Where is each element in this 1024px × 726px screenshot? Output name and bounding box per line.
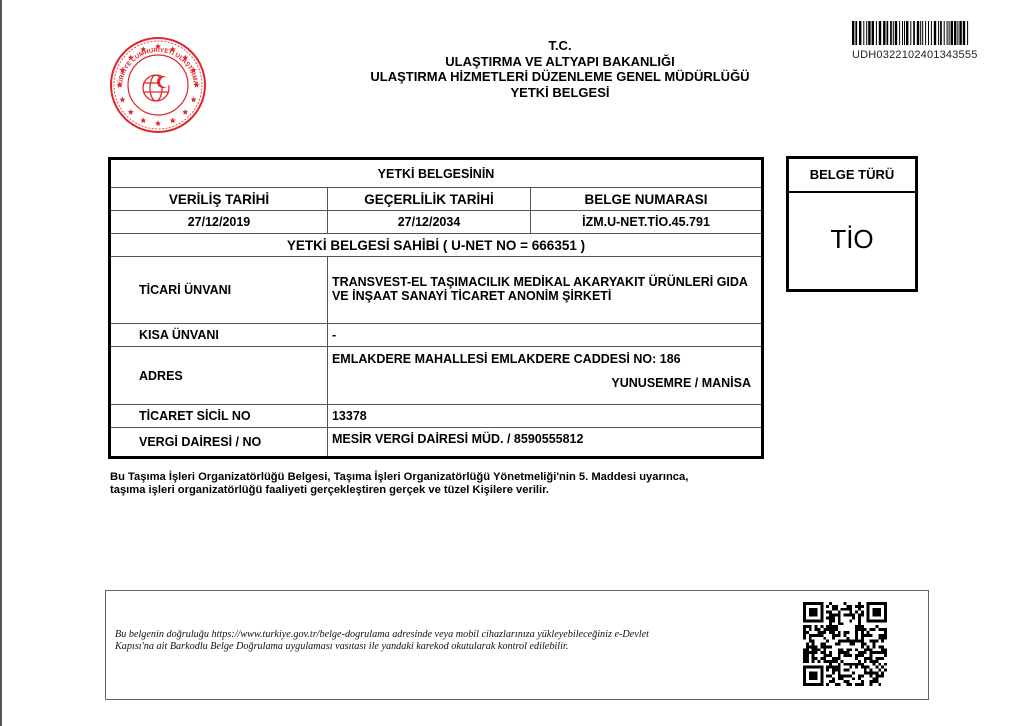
trade-name-label: TİCARİ ÜNVANI bbox=[110, 257, 328, 324]
table-row: TİCARİ ÜNVANI TRANSVEST-EL TAŞIMACILIK M… bbox=[110, 257, 763, 324]
verification-text: Bu belgenin doğruluğu https://www.turkiy… bbox=[115, 629, 735, 653]
tax-office-label: VERGİ DAİRESİ / NO bbox=[110, 428, 328, 458]
issue-date-value: 27/12/2019 bbox=[110, 211, 328, 234]
trade-name-line1: TRANSVEST-EL TAŞIMACILIK MEDİKAL AKARYAK… bbox=[332, 275, 761, 289]
tax-office-value: MESİR VERGİ DAİRESİ MÜD. / 8590555812 bbox=[327, 428, 762, 458]
header-doc-title: YETKİ BELGESİ bbox=[300, 85, 820, 101]
col-document-number: BELGE NUMARASI bbox=[531, 188, 763, 211]
address-label: ADRES bbox=[110, 347, 328, 405]
verification-line1: Bu belgenin doğruluğu https://www.turkiy… bbox=[115, 629, 735, 641]
legal-note-line2: taşıma işleri organizatörlüğü faaliyeti … bbox=[110, 484, 770, 497]
short-name-value: - bbox=[327, 324, 762, 347]
table-row: VERGİ DAİRESİ / NO MESİR VERGİ DAİRESİ M… bbox=[110, 428, 763, 458]
address-line1: EMLAKDERE MAHALLESİ EMLAKDERE CADDESİ NO… bbox=[332, 352, 761, 366]
col-validity-date: GEÇERLİLİK TARİHİ bbox=[327, 188, 530, 211]
header-directorate: ULAŞTIRMA HİZMETLERİ DÜZENLEME GENEL MÜD… bbox=[300, 69, 820, 85]
barcode: UDH0322102401343555 bbox=[852, 21, 997, 61]
col-issue-date: VERİLİŞ TARİHİ bbox=[110, 188, 328, 211]
table-row: KISA ÜNVANI - bbox=[110, 324, 763, 347]
page-edge bbox=[0, 0, 2, 726]
permit-details-table: YETKİ BELGESİNİN VERİLİŞ TARİHİ GEÇERLİL… bbox=[108, 157, 764, 459]
address-line2: YUNUSEMRE / MANİSA bbox=[332, 376, 761, 390]
header-tc: T.C. bbox=[300, 38, 820, 54]
qr-code[interactable] bbox=[803, 602, 887, 686]
table-title: YETKİ BELGESİNİN bbox=[110, 159, 763, 188]
legal-note: Bu Taşıma İşleri Organizatörlüğü Belgesi… bbox=[110, 471, 770, 497]
document-number-value: İZM.U-NET.TİO.45.791 bbox=[531, 211, 763, 234]
validity-date-value: 27/12/2034 bbox=[327, 211, 530, 234]
trade-registry-value: 13378 bbox=[327, 405, 762, 428]
trade-registry-label: TİCARET SİCİL NO bbox=[110, 405, 328, 428]
holder-heading: YETKİ BELGESİ SAHİBİ ( U-NET NO = 666351… bbox=[110, 234, 763, 257]
legal-note-line1: Bu Taşıma İşleri Organizatörlüğü Belgesi… bbox=[110, 471, 770, 484]
document-header: T.C. ULAŞTIRMA VE ALTYAPI BAKANLIĞI ULAŞ… bbox=[300, 38, 820, 100]
document-type-heading: BELGE TÜRÜ bbox=[789, 159, 915, 193]
verification-box: Bu belgenin doğruluğu https://www.turkiy… bbox=[105, 590, 929, 700]
barcode-bars bbox=[852, 21, 992, 45]
header-ministry: ULAŞTIRMA VE ALTYAPI BAKANLIĞI bbox=[300, 54, 820, 70]
short-name-label: KISA ÜNVANI bbox=[110, 324, 328, 347]
document-type-box: BELGE TÜRÜ TİO bbox=[786, 156, 918, 292]
table-row: ADRES EMLAKDERE MAHALLESİ EMLAKDERE CADD… bbox=[110, 347, 763, 405]
trade-name-line2: VE İNŞAAT SANAYİ TİCARET ANONİM ŞİRKETİ bbox=[332, 289, 761, 303]
verification-line2: Kapısı'na ait Barkodlu Belge Doğrulama u… bbox=[115, 641, 735, 653]
document-type-value: TİO bbox=[789, 224, 915, 255]
table-row: TİCARET SİCİL NO 13378 bbox=[110, 405, 763, 428]
barcode-number: UDH0322102401343555 bbox=[852, 49, 997, 61]
ministry-seal-logo: TÜRKİYE CUMHURİYETİ ULAŞTIRMA VE ALTYAPI… bbox=[108, 30, 208, 140]
